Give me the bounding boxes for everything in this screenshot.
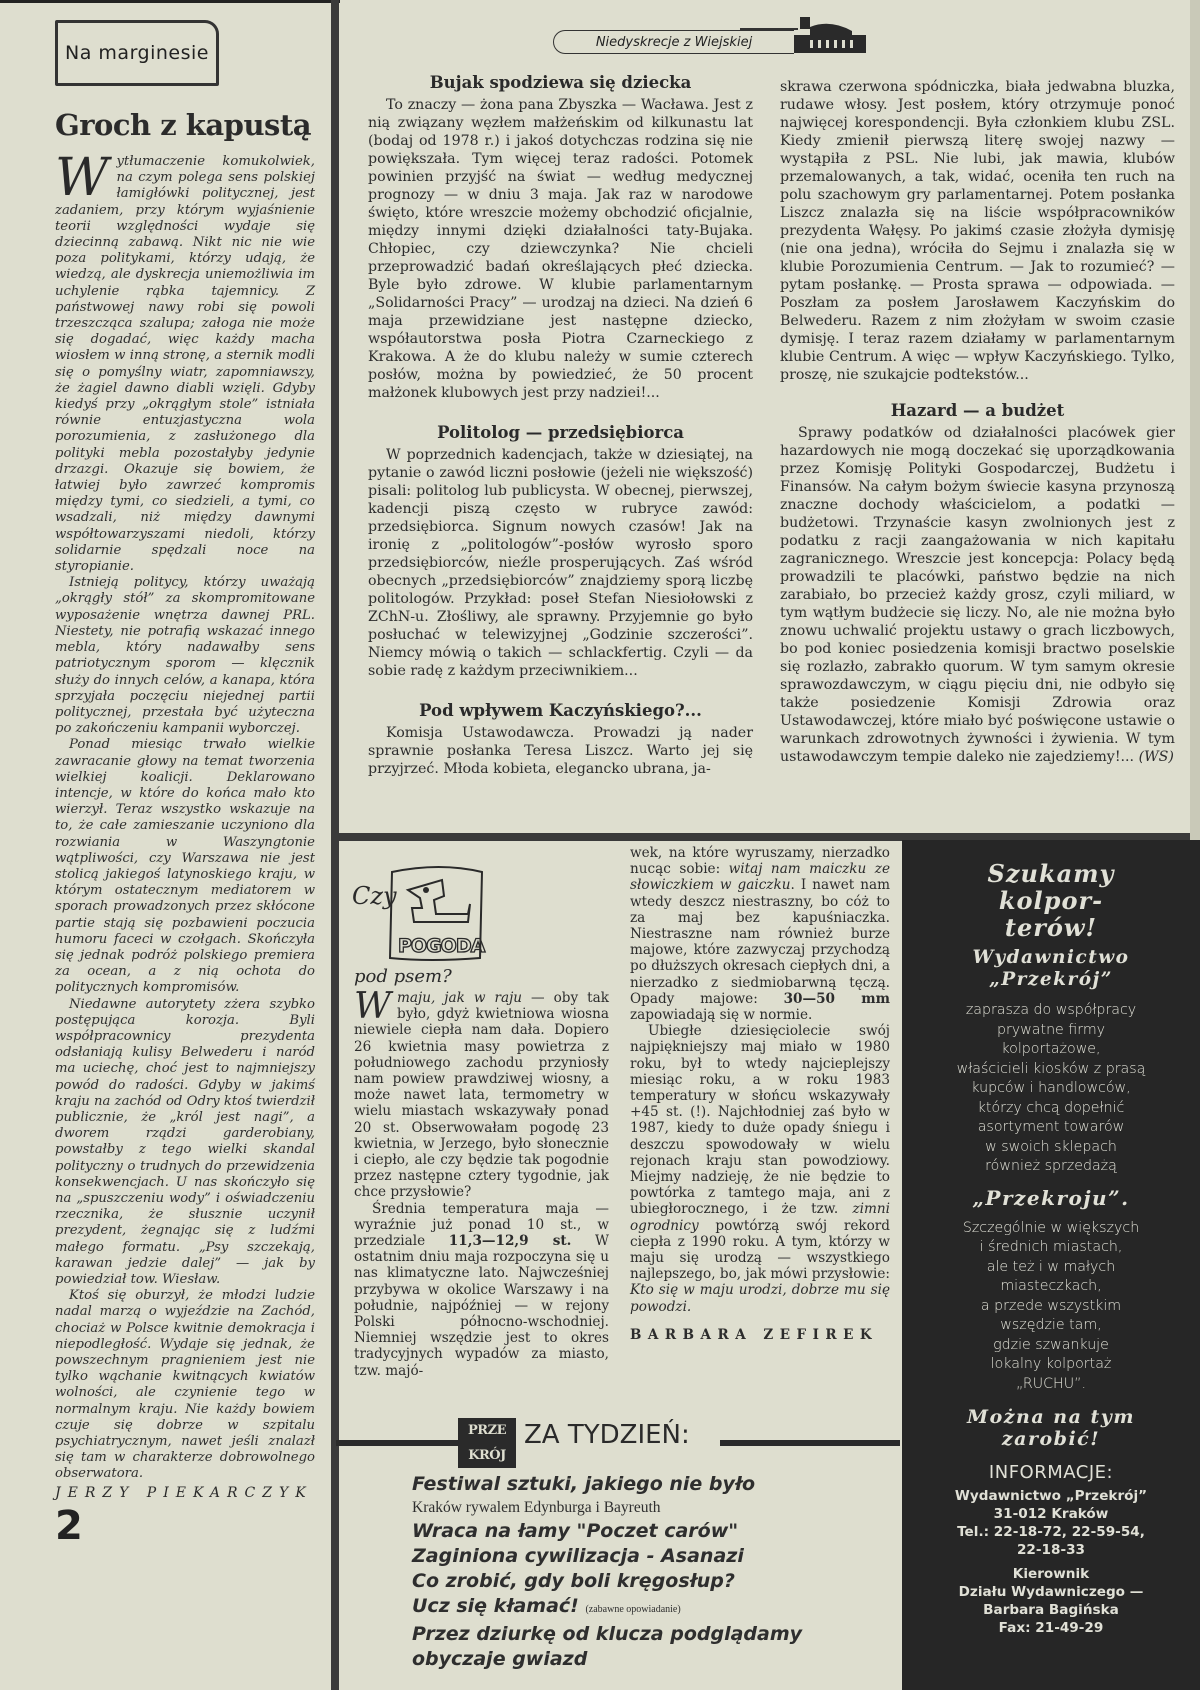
article-body: Komisja Ustawodawcza. Prowadzi ją nader …	[368, 724, 753, 778]
next-issue-item: Ucz się kłamać! (zabawne opowiadanie)	[412, 1594, 892, 1622]
section-label: Na marginesie	[65, 42, 209, 64]
article-title: Groch z kapustą	[55, 108, 315, 142]
ad-slogan-line: zarobić!	[902, 1428, 1200, 1450]
author-byline: BARBARA ZEFIREK	[630, 1327, 890, 1343]
przekroj-logo-icon: PRZE KRÓJ	[458, 1418, 516, 1468]
article-title: Pod wpływem Kaczyńskiego?...	[368, 702, 753, 720]
precipitation-value: 30—50 mm	[784, 991, 890, 1007]
item-text: Ucz się kłamać!	[412, 1595, 579, 1617]
next-issue-item: Co zrobić, gdy boli kręgosłup?	[412, 1569, 892, 1594]
body-text: Ubiegłe dziesięciolecie swój najpiękniej…	[630, 1023, 890, 1217]
section-header-niedyskrecje: Niedyskrecje z Wiejskiej	[553, 30, 794, 54]
za-tydzien-rule-left	[336, 1440, 458, 1446]
top-rule	[0, 0, 340, 3]
paragraph: Istnieją politycy, którzy uważają „okrąg…	[55, 575, 315, 737]
ad-title-line: kolpor-	[902, 887, 1200, 914]
pogoda-column-1: Wmaju, jak w raju — oby tak było, gdyż k…	[354, 990, 609, 1379]
ad-publisher: Wydawnictwo „Przekrój”	[902, 947, 1200, 991]
article-body: Wytłumaczenie komukolwiek, na czym poleg…	[55, 154, 315, 1483]
ad-line: kolportażowe,	[902, 1040, 1200, 1060]
ad-text-block: zaprasza do współpracy prywatne firmy ko…	[902, 1001, 1200, 1177]
magazine-page: Na marginesie Groch z kapustą Wytłumacze…	[0, 0, 1200, 1690]
ad-line: kupców i handlowców,	[902, 1079, 1200, 1099]
ad-line: również sprzedażą	[902, 1157, 1200, 1177]
za-tydzien-rule-right	[720, 1440, 900, 1446]
contact-fax: Fax: 21-49-29	[902, 1619, 1200, 1637]
ad-line: prywatne firmy	[902, 1021, 1200, 1041]
author-byline: JERZY PIEKARCZYK	[55, 1485, 315, 1501]
temperature-range: 11,3—12,9 st.	[449, 1233, 572, 1249]
paragraph: ytłumaczenie komukolwiek, na czym polega…	[55, 154, 315, 574]
next-issue-item: Przez dziurkę od klucza podglądamy	[412, 1622, 892, 1647]
contact-publisher: Wydawnictwo „Przekrój”	[902, 1487, 1200, 1505]
body-text: W ostatnim dniu maja rozpoczyna się u na…	[354, 1233, 609, 1379]
lead-italic: maju, jak w raju	[397, 990, 522, 1006]
paragraph: wek, na które wyruszamy, nierzadko nucąc…	[630, 845, 890, 1023]
ad-line: właścicieli kiosków z prasą	[902, 1060, 1200, 1080]
next-issue-item: Festiwal sztuki, jakiego nie było	[412, 1472, 892, 1497]
ad-info-heading: INFORMACJE:	[902, 1462, 1200, 1483]
ad-line: którzy chcą dopełnić	[902, 1099, 1200, 1119]
paragraph: Ubiegłe dziesięciolecie swój najpiękniej…	[630, 1023, 890, 1315]
ad-title-line: terów!	[902, 914, 1200, 941]
column-divider-left	[331, 0, 339, 1690]
ad-line: a przede wszystkim	[902, 1297, 1200, 1317]
ad-title-line: Szukamy	[902, 860, 1200, 887]
column-na-marginesie: Na marginesie Groch z kapustą Wytłumacze…	[55, 20, 315, 1549]
ad-brand: „Przekroju”.	[902, 1187, 1200, 1209]
za-tydzien-title: ZA TYDZIEŃ:	[524, 1420, 690, 1450]
article-title: Politolog — przedsiębiorca	[368, 424, 753, 442]
ad-line: Szczególnie w większych	[902, 1219, 1200, 1239]
niedyskrecje-column-a: Bujak spodziewa się dziecka To znaczy — …	[368, 74, 753, 778]
paragraph: Wmaju, jak w raju — oby tak było, gdyż k…	[354, 990, 609, 1201]
contact-role: Działu Wydawniczego —	[902, 1583, 1200, 1601]
dropcap: W	[55, 156, 108, 200]
contact-role: Kierownik	[902, 1565, 1200, 1583]
paragraph: Średnia temperatura maja — wyraźnie już …	[354, 1201, 609, 1379]
article-title: Hazard — a budżet	[780, 402, 1175, 420]
ad-line: gdzie szwankuje	[902, 1336, 1200, 1356]
logo-bottom: KRÓJ	[458, 1443, 516, 1468]
article-body-continued: skrawa czerwona spódniczka, biała jedwab…	[780, 78, 1175, 384]
next-issue-item: Zaginiona cywilizacja - Asanazi	[412, 1544, 892, 1569]
sejm-building-icon	[790, 17, 870, 55]
svg-text:POGODA: POGODA	[398, 935, 486, 957]
contact-phone: Tel.: 22-18-72, 22-59-54,	[902, 1523, 1200, 1541]
article-body: Sprawy podatków od działalności placówek…	[780, 424, 1175, 766]
pogoda-logo-icon: Czy POGODA pod psem?	[350, 860, 490, 988]
ad-title: Szukamy kolpor- terów!	[902, 860, 1200, 941]
article-body: To znaczy — żona pana Zbyszka — Wacława.…	[368, 96, 753, 402]
ad-line: miasteczkach,	[902, 1277, 1200, 1297]
next-issue-subtitle: Kraków rywalem Edynburga i Bayreuth	[412, 1497, 892, 1519]
page-edge	[1190, 0, 1200, 840]
body-text: — oby tak było, gdyż kwietniowa wiosna n…	[354, 990, 609, 1200]
signature: (WS)	[1139, 749, 1174, 765]
body-text: . I nawet nam wtedy deszcz niestraszny, …	[630, 877, 890, 1006]
advertisement-panel: Szukamy kolpor- terów! Wydawnictwo „Prze…	[902, 840, 1200, 1690]
body-text: zapowiadają się w normie.	[630, 1007, 812, 1023]
ad-line: „RUCHU”.	[902, 1375, 1200, 1395]
ad-publisher-line: Wydawnictwo	[902, 947, 1200, 969]
body-text: Sprawy podatków od działalności placówek…	[780, 425, 1175, 765]
ad-line: wszędzie tam,	[902, 1316, 1200, 1336]
ad-line: i średnich miastach,	[902, 1238, 1200, 1258]
svg-text:pod psem?: pod psem?	[354, 966, 452, 987]
paragraph: Ponad miesiąc trwało wielkie zawracanie …	[55, 737, 315, 996]
ad-line: asortyment towarów	[902, 1118, 1200, 1138]
dropcap: W	[354, 992, 391, 1022]
section-label-box: Na marginesie	[55, 20, 219, 86]
ad-slogan: Można na tym zarobić!	[902, 1406, 1200, 1450]
ad-slogan-line: Można na tym	[902, 1406, 1200, 1428]
ad-line: ale też i w małych	[902, 1258, 1200, 1278]
ad-line: w swoich sklepach	[902, 1138, 1200, 1158]
proverb: Kto się w maju urodzi, dobrze mu się pow…	[630, 1282, 890, 1314]
contact-address: 31-012 Kraków	[902, 1505, 1200, 1523]
article-body: W poprzednich kadencjach, także w dziesi…	[368, 446, 753, 680]
ad-line: lokalny kolportaż	[902, 1355, 1200, 1375]
section-header-label: Niedyskrecje z Wiejskiej	[596, 35, 752, 50]
next-issue-item: obyczaje gwiazd	[412, 1647, 892, 1672]
item-note: (zabawne opowiadanie)	[585, 1604, 680, 1615]
next-issue-list: Festiwal sztuki, jakiego nie było Kraków…	[412, 1472, 892, 1672]
ad-publisher-line: „Przekrój”	[902, 969, 1200, 991]
paragraph: Ktoś się oburzył, że młodzi ludzie nadal…	[55, 1288, 315, 1482]
ad-line: zaprasza do współpracy	[902, 1001, 1200, 1021]
paragraph: Niedawne autorytety zżera szybko postępu…	[55, 997, 315, 1289]
page-number: 2	[55, 1503, 315, 1549]
next-issue-item: Wraca na łamy "Poczet carów"	[412, 1519, 892, 1544]
ad-text-block: Szczególnie w większych i średnich miast…	[902, 1219, 1200, 1395]
article-title: Bujak spodziewa się dziecka	[368, 74, 753, 92]
contact-name: Barbara Bagińska	[902, 1601, 1200, 1619]
pogoda-column-2: wek, na które wyruszamy, nierzadko nucąc…	[630, 845, 890, 1343]
niedyskrecje-column-b: skrawa czerwona spódniczka, biała jedwab…	[780, 78, 1175, 766]
contact-phone: 22-18-33	[902, 1541, 1200, 1559]
logo-top: PRZE	[458, 1418, 516, 1443]
ad-contact: Wydawnictwo „Przekrój” 31-012 Kraków Tel…	[902, 1487, 1200, 1637]
